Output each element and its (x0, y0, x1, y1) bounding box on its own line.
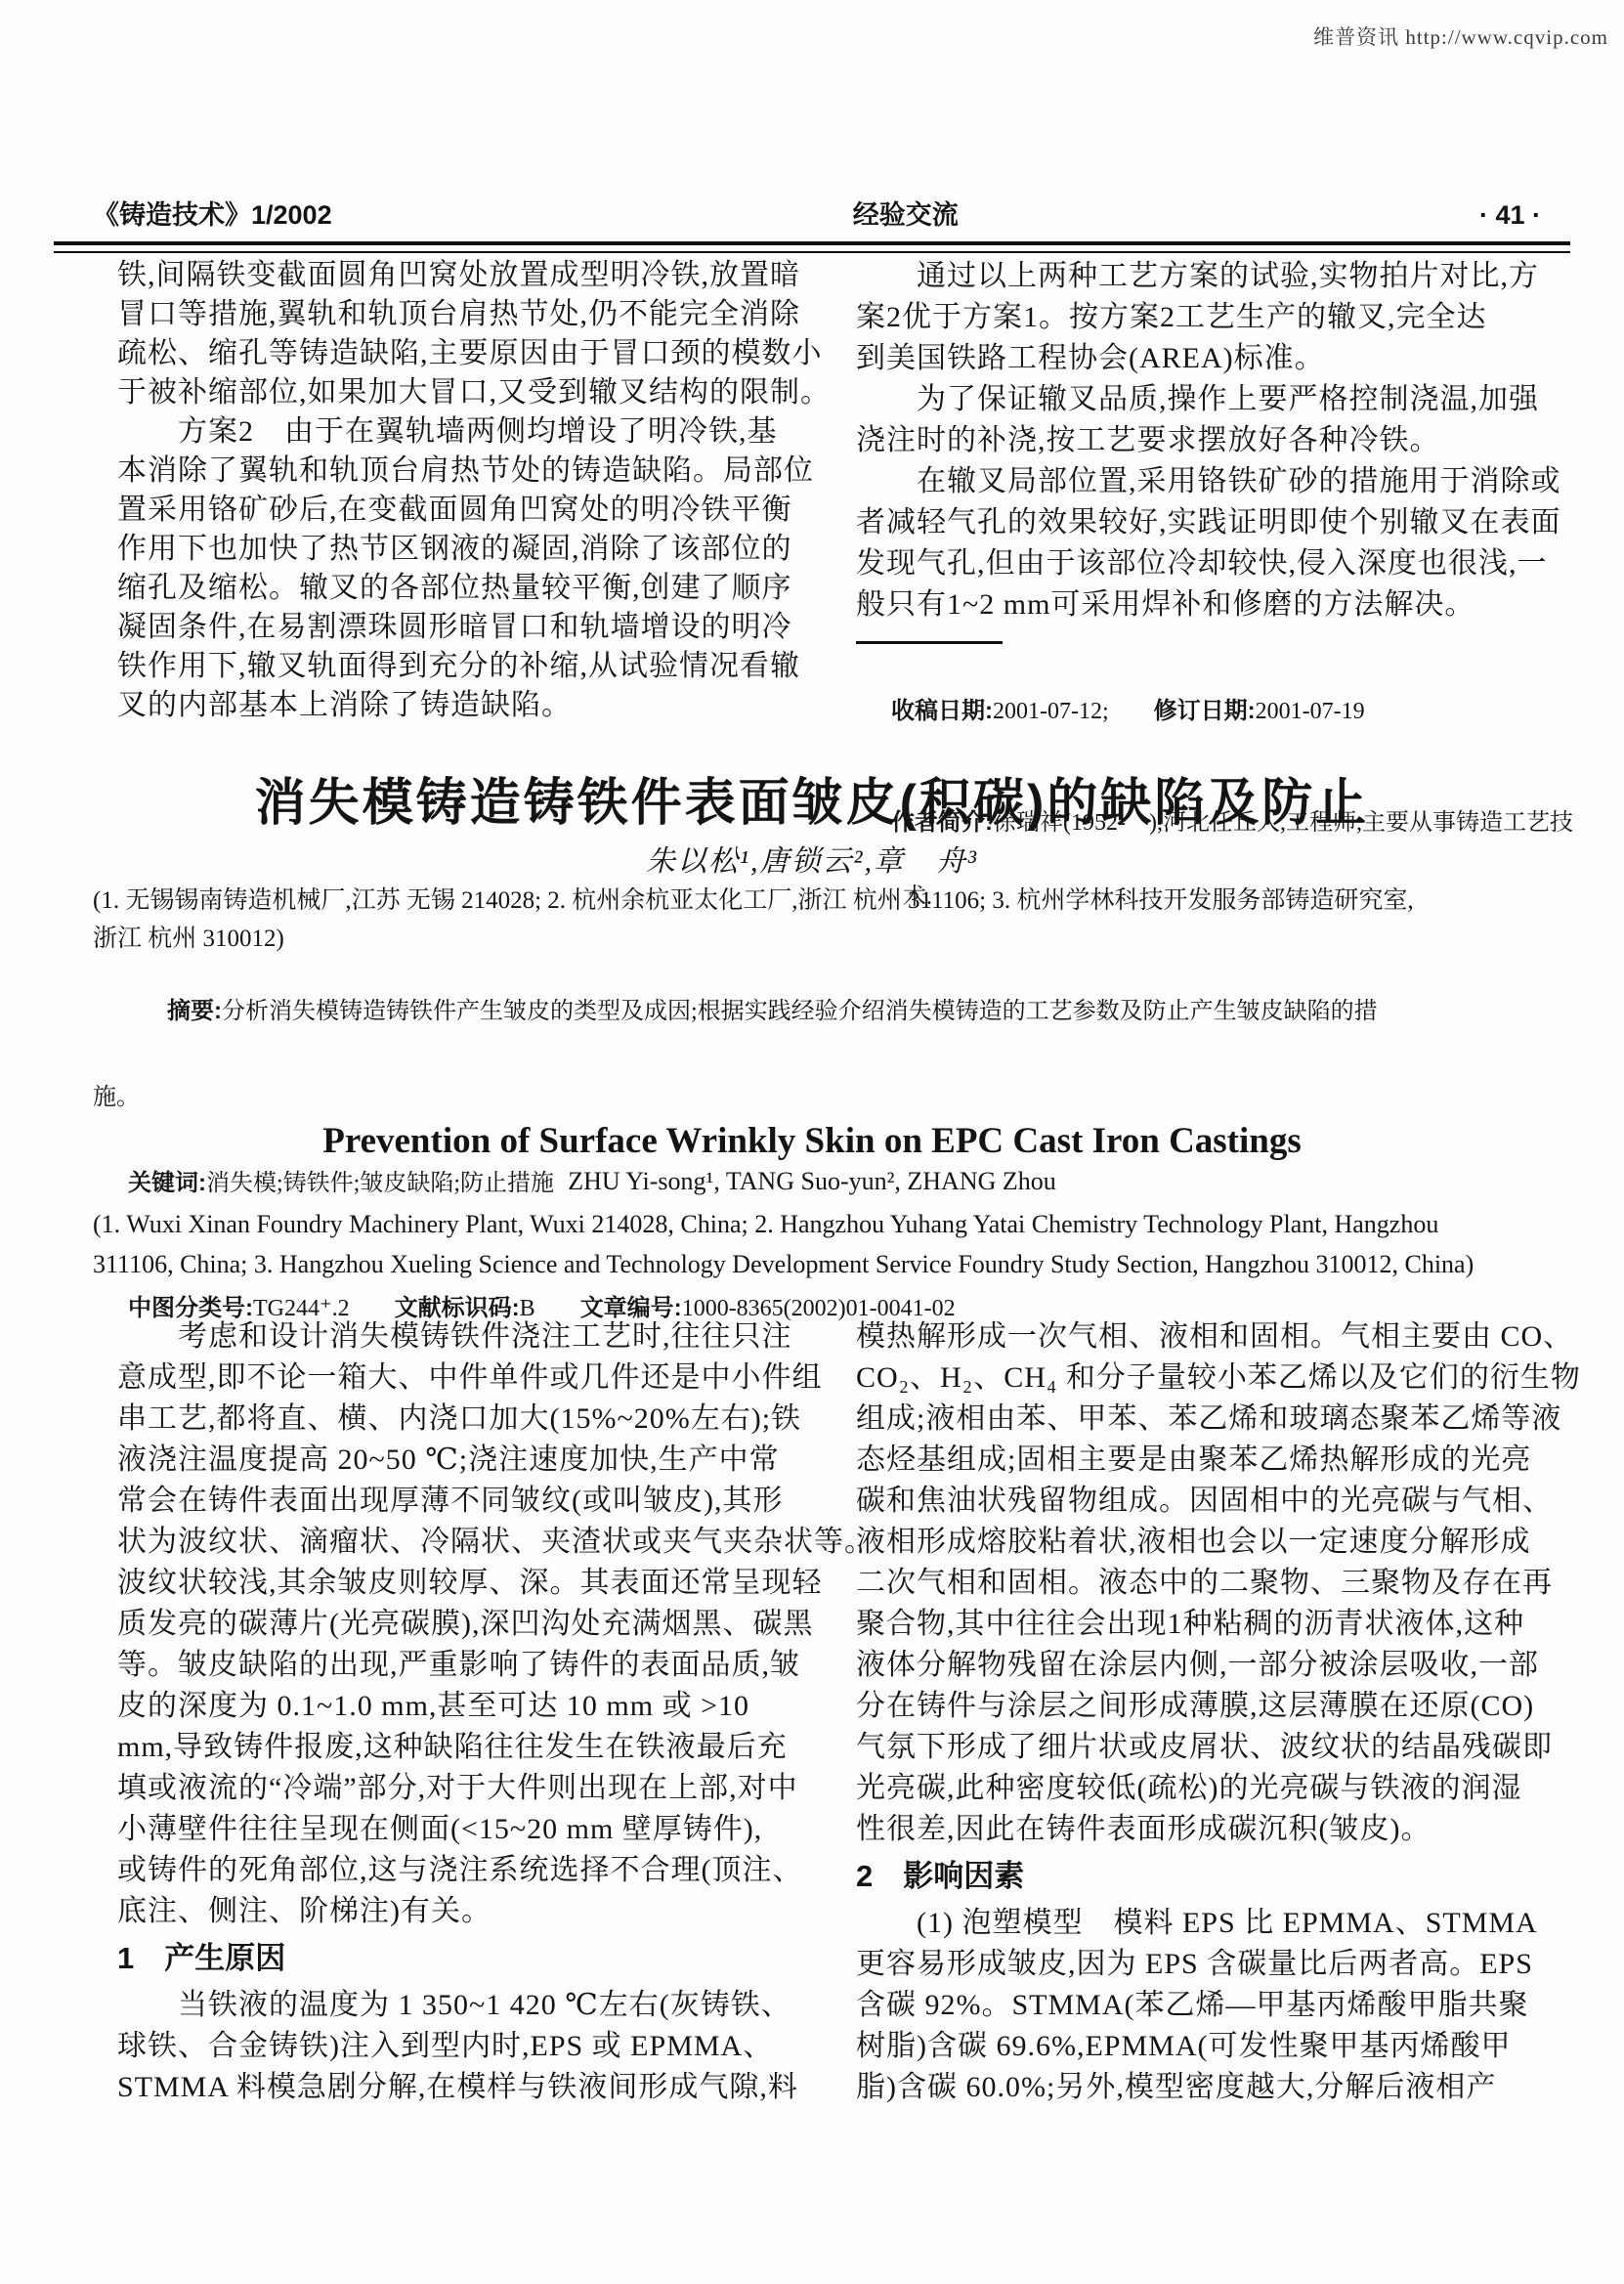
text-line: 意成型,即不论一箱大、中件单件或几件还是中小件组 (117, 1357, 807, 1399)
text-line: 液浇注温度提高 20~50 ℃;浇注速度加快,生产中常 (117, 1440, 807, 1481)
text-line: 分在铸件与涂层之间形成薄膜,这层薄膜在还原(CO) (856, 1686, 1546, 1727)
footnote-rule (856, 641, 1003, 644)
text-line: 树脂)含碳 69.6%,EPMMA(可发性聚甲基丙烯酸甲 (856, 2026, 1546, 2067)
article-authors-en: ZHU Yi-song¹, TANG Suo-yun², ZHANG Zhou (0, 1167, 1624, 1196)
text-line: 发现气孔,但由于该部位冷却较快,侵入深度也很浅,一 (856, 543, 1546, 584)
text-line: (1) 泡塑模型 模料 EPS 比 EPMMA、STMMA (856, 1903, 1546, 1944)
text-line: 态烃基组成;固相主要是由聚苯乙烯热解形成的光亮 (856, 1440, 1546, 1481)
text-line: 聚合物,其中往往会出现1种粘稠的沥青状液体,这种 (856, 1604, 1546, 1645)
text-line: 疏松、缩孔等铸造缺陷,主要原因由于冒口颈的模数小 (117, 334, 807, 373)
affiliation-line: (1. 无锡锡南铸造机械厂,江苏 无锡 214028; 2. 杭州余杭亚太化工厂… (93, 882, 1549, 920)
text-line: 皮的深度为 0.1~1.0 mm,甚至可达 10 mm 或 >10 (117, 1686, 807, 1727)
text-line: CO₂、H₂、CH₄ 和分子量较小苯乙烯以及它们的衍生物 (856, 1357, 1546, 1399)
text-line: 到美国铁路工程协会(AREA)标准。 (856, 338, 1546, 379)
text-line: 常会在铸件表面出现厚薄不同皱纹(或叫皱皮),其形 (117, 1481, 807, 1522)
revised-date: 2001-07-19 (1256, 699, 1365, 724)
text-line: 或铸件的死角部位,这与浇注系统选择不合理(顶注、 (117, 1850, 807, 1891)
article-authors-cn: 朱以松¹,唐锁云²,章 舟³ (0, 837, 1624, 880)
text-line: 铁作用下,辙叉轨面得到充分的补缩,从试验情况看辙 (117, 647, 807, 686)
text-line: 为了保证辙叉品质,操作上要严格控制浇温,加强 (856, 379, 1546, 420)
text-line: 凝固条件,在易割漂珠圆形暗冒口和轨墙增设的明冷 (117, 608, 807, 647)
section-heading: 2 影响因素 (856, 1850, 1546, 1903)
text-line: 状为波纹状、滴瘤状、冷隔状、夹渣状或夹气夹杂状等。 (117, 1522, 807, 1563)
page-number: · 41 · (1479, 200, 1541, 231)
text-line: 等。皱皮缺陷的出现,严重影响了铸件的表面品质,皱 (117, 1645, 807, 1686)
text-line: 二次气相和固相。液态中的二聚物、三聚物及存在再 (856, 1563, 1546, 1604)
journal-issue-label: 《铸造技术》1/2002 (93, 194, 332, 232)
text-line: 填或液流的“冷端”部分,对于大件则出现在上部,对中 (117, 1768, 807, 1809)
article-title-en: Prevention of Surface Wrinkly Skin on EP… (0, 1120, 1624, 1162)
cqvip-watermark: 维普资讯 http://www.cqvip.com (1313, 22, 1608, 51)
received-date-label: 收稿日期: (891, 698, 993, 724)
text-line: 考虑和设计消失模铸铁件浇注工艺时,往往只注 (117, 1316, 807, 1357)
abstract-text: 分析消失模铸造铸铁件产生皱皮的类型及成因;根据实践经验介绍消失模铸造的工艺参数及… (222, 999, 1378, 1024)
text-line: 般只有1~2 mm可采用焊补和修磨的方法解决。 (856, 584, 1546, 625)
text-line: 本消除了翼轨和轨顶台肩热节处的铸造缺陷。局部位 (117, 452, 807, 491)
text-line: 浇注时的补浇,按工艺要求摆放好各种冷铁。 (856, 420, 1546, 461)
body-right-column: 模热解形成一次气相、液相和固相。气相主要由 CO、CO₂、H₂、CH₄ 和分子量… (856, 1316, 1546, 2108)
text-line: 模热解形成一次气相、液相和固相。气相主要由 CO、 (856, 1316, 1546, 1357)
text-line: 气氛下形成了细片状或皮屑状、波纹状的结晶残碳即 (856, 1727, 1546, 1768)
text-line: 球铁、合金铸铁)注入到型内时,EPS 或 EPMMA、 (117, 2026, 807, 2067)
page-header: 《铸造技术》1/2002 经验交流 · 41 · (93, 194, 1541, 232)
text-line: 更容易形成皱皮,因为 EPS 含碳量比后两者高。EPS (856, 1944, 1546, 1985)
text-line: 液体分解物残留在涂层内侧,一部分被涂层吸收,一部 (856, 1645, 1546, 1686)
article-title-cn: 消失模铸造铸铁件表面皱皮(积碳)的缺陷及防止 (0, 761, 1624, 835)
text-line: 在辙叉局部位置,采用铬铁矿砂的措施用于消除或 (856, 461, 1546, 502)
header-double-rule (54, 241, 1570, 253)
text-line: mm,导致铸件报废,这种缺陷往往发生在铁液最后充 (117, 1727, 807, 1768)
text-line: 光亮碳,此种密度较低(疏松)的光亮碳与铁液的润湿 (856, 1768, 1546, 1809)
text-line: 底注、侧注、阶梯注)有关。 (117, 1891, 807, 1932)
affiliation-line-en: (1. Wuxi Xinan Foundry Machinery Plant, … (93, 1204, 1549, 1244)
text-line: 缩孔及缩松。辙叉的各部位热量较平衡,创建了顺序 (117, 569, 807, 608)
text-line: 当铁液的温度为 1 350~1 420 ℃左右(灰铸铁、 (117, 1985, 807, 2026)
previous-article-left-column: 铁,间隔铁变截面圆角凹窝处放置成型明冷铁,放置暗冒口等措施,翼轨和轨顶台肩热节处… (117, 256, 807, 725)
text-line: 铁,间隔铁变截面圆角凹窝处放置成型明冷铁,放置暗 (117, 256, 807, 295)
text-line: 置采用铬矿砂后,在变截面圆角凹窝处的明冷铁平衡 (117, 491, 807, 530)
body-left-column: 考虑和设计消失模铸铁件浇注工艺时,往往只注意成型,即不论一箱大、中件单件或几件还… (117, 1316, 807, 2108)
text-line: 液相形成熔胶粘着状,液相也会以一定速度分解形成 (856, 1522, 1546, 1563)
text-line: STMMA 料模急剧分解,在模样与铁液间形成气隙,料 (117, 2067, 807, 2108)
section-heading: 1 产生原因 (117, 1932, 807, 1985)
affiliations-cn: (1. 无锡锡南铸造机械厂,江苏 无锡 214028; 2. 杭州余杭亚太化工厂… (93, 882, 1549, 958)
text-line: 性很差,因此在铸件表面形成碳沉积(皱皮)。 (856, 1809, 1546, 1850)
text-line: 通过以上两种工艺方案的试验,实物拍片对比,方 (856, 256, 1546, 297)
article-meta-block: 摘要:分析消失模铸造铸铁件产生皱皮的类型及成因;根据实践经验介绍消失模铸造的工艺… (93, 953, 1549, 1375)
text-line: 案2优于方案1。按方案2工艺生产的辙叉,完全达 (856, 297, 1546, 338)
abstract-line: 摘要:分析消失模铸造铸铁件产生皱皮的类型及成因;根据实践经验介绍消失模铸造的工艺… (93, 953, 1549, 1070)
text-line: 质发亮的碳薄片(光亮碳膜),深凹沟处充满烟黑、碳黑 (117, 1604, 807, 1645)
text-line: 于被补缩部位,如果加大冒口,又受到辙叉结构的限制。 (117, 373, 807, 412)
text-line: 冒口等措施,翼轨和轨顶台肩热节处,仍不能完全消除 (117, 295, 807, 334)
text-line: 者减轻气孔的效果较好,实践证明即使个别辙叉在表面 (856, 502, 1546, 543)
abstract-line-continued: 施。 (93, 1078, 1549, 1117)
text-line: 作用下也加快了热节区钢液的凝固,消除了该部位的 (117, 530, 807, 569)
text-line: 叉的内部基本上消除了铸造缺陷。 (117, 686, 807, 725)
text-line: 串工艺,都将直、横、内浇口加大(15%~20%左右);铁 (117, 1399, 807, 1440)
abstract-label: 摘要: (167, 998, 222, 1024)
affiliations-en: (1. Wuxi Xinan Foundry Machinery Plant, … (93, 1204, 1549, 1284)
received-date: 2001-07-12; (993, 699, 1109, 724)
text-line: 含碳 92%。STMMA(苯乙烯—甲基丙烯酸甲脂共聚 (856, 1985, 1546, 2026)
section-label: 经验交流 (853, 194, 959, 232)
received-revised-dates: 收稿日期:2001-07-12;修订日期:2001-07-19 (856, 656, 1546, 767)
revised-date-label: 修订日期: (1154, 698, 1256, 724)
text-line: 波纹状较浅,其余皱皮则较厚、深。其表面还常呈现轻 (117, 1563, 807, 1604)
text-line: 小薄壁件往往呈现在侧面(<15~20 mm 壁厚铸件), (117, 1809, 807, 1850)
text-line: 组成;液相由苯、甲苯、苯乙烯和玻璃态聚苯乙烯等液 (856, 1399, 1546, 1440)
text-line: 碳和焦油状残留物组成。因固相中的光亮碳与气相、 (856, 1481, 1546, 1522)
affiliation-line-en: 311106, China; 3. Hangzhou Xueling Scien… (93, 1244, 1549, 1284)
text-line: 脂)含碳 60.0%;另外,模型密度越大,分解后液相产 (856, 2067, 1546, 2108)
scanned-journal-page: 维普资讯 http://www.cqvip.com 《铸造技术》1/2002 经… (0, 0, 1624, 2284)
text-line: 方案2 由于在翼轨墙两侧均增设了明冷铁,基 (117, 412, 807, 452)
